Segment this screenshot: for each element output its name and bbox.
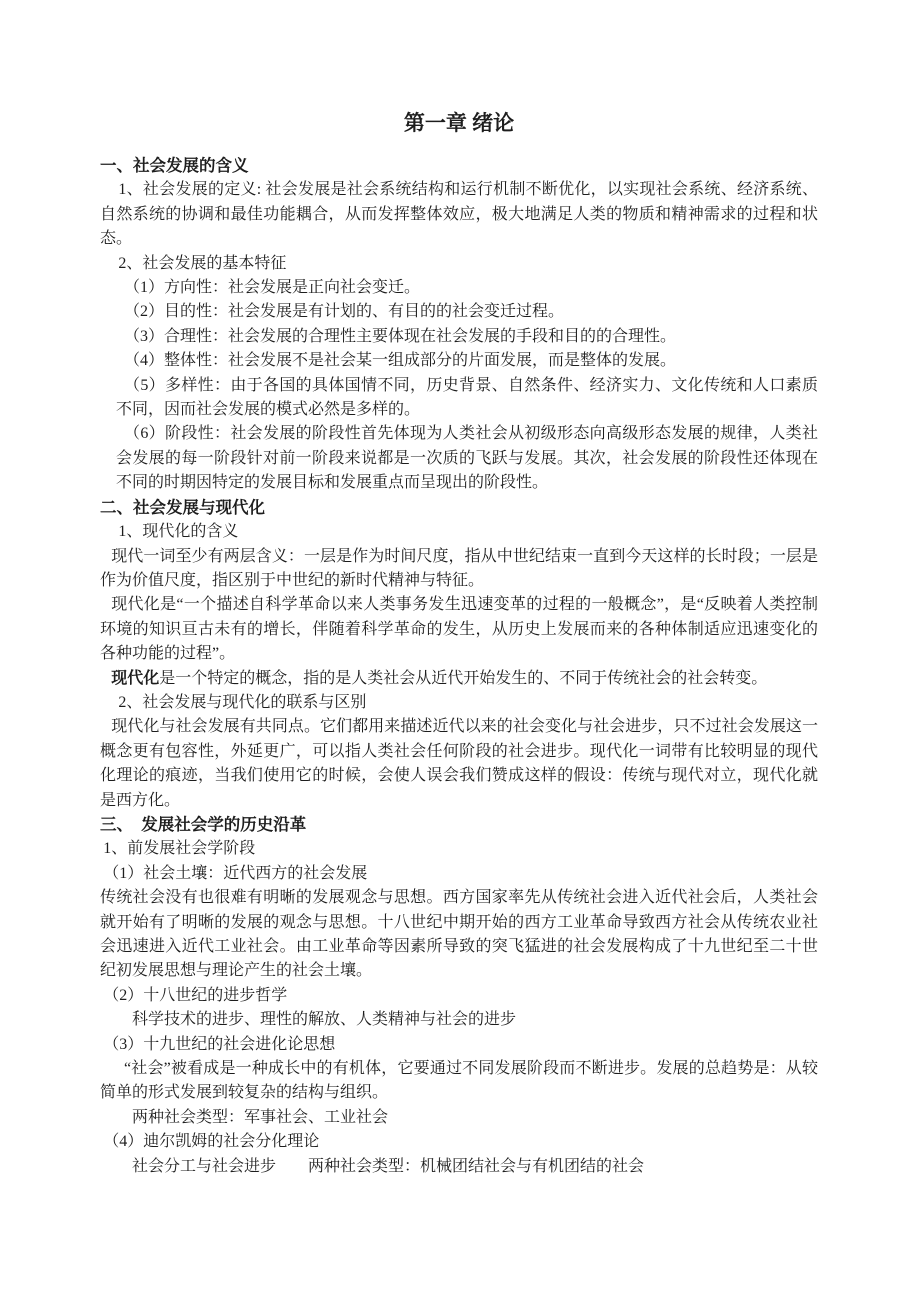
para-feature-wholeness: （4）整体性：社会发展不是社会某一组成部分的片面发展，而是整体的发展。 <box>100 349 818 373</box>
para-modern-two-meanings: 现代一词至少有两层含义：一层是作为时间尺度，指从中世纪结束一直到今天这样的长时段… <box>100 545 818 594</box>
para-durkheim: （4）迪尔凯姆的社会分化理论 <box>100 1130 818 1154</box>
para-progress-philosophy-sub: 科学技术的进步、理性的解放、人类精神与社会的进步 <box>100 1008 818 1032</box>
section-3-heading: 三、 发展社会学的历史沿革 <box>100 813 818 837</box>
para-social-soil: （1）社会土壤：近代西方的社会发展 <box>100 862 818 886</box>
para-modernization-meaning-item: 1、现代化的含义 <box>100 520 818 544</box>
bold-term-modernization: 现代化 <box>111 670 159 687</box>
section-3-history: 三、 发展社会学的历史沿革 1、前发展社会学阶段 （1）社会土壤：近代西方的社会… <box>100 813 818 1179</box>
para-basic-features: 2、社会发展的基本特征 <box>100 252 818 276</box>
para-relation-discussion: 现代化与社会发展有共同点。它们都用来描述近代以来的社会变化与社会进步，只不过社会… <box>100 715 818 813</box>
para-modernization-specific-text: 是一个特定的概念，指的是人类社会从近代开始发生的、不同于传统社会的社会转变。 <box>159 670 767 687</box>
section-2-modernization: 二、社会发展与现代化 1、现代化的含义 现代一词至少有两层含义：一层是作为时间尺… <box>100 496 818 813</box>
chapter-title: 第一章 绪论 <box>100 106 818 140</box>
para-evolution-body: “社会”被看成是一种成长中的有机体，它要通过不同发展阶段而不断进步。发展的总趋势… <box>100 1057 818 1106</box>
para-feature-rationality: （3）合理性：社会发展的合理性主要体现在社会发展的手段和目的的合理性。 <box>100 325 818 349</box>
document-page: 第一章 绪论 一、社会发展的含义 1、社会发展的定义: 社会发展是社会系统结构和… <box>0 0 920 1302</box>
para-progress-philosophy: （2）十八世纪的进步哲学 <box>100 984 818 1008</box>
para-feature-direction: （1）方向性：社会发展是正向社会变迁。 <box>100 276 818 300</box>
para-feature-stages: （6）阶段性：社会发展的阶段性首先体现为人类社会从初级形态向高级形态发展的规律，… <box>100 422 818 495</box>
section-2-heading: 二、社会发展与现代化 <box>100 496 818 520</box>
para-modernization-concept-quote: 现代化是“一个描述自科学革命以来人类事务发生迅速变革的过程的一般概念”，是“反映… <box>100 593 818 666</box>
para-relation-item: 2、社会发展与现代化的联系与区别 <box>100 691 818 715</box>
para-feature-diversity: （5）多样性：由于各国的具体国情不同，历史背景、自然条件、经济实力、文化传统和人… <box>100 374 818 423</box>
para-social-soil-body: 传统社会没有也很难有明晰的发展观念与思想。西方国家率先从传统社会进入近代社会后，… <box>100 886 818 984</box>
para-definition: 1、社会发展的定义: 社会发展是社会系统结构和运行机制不断优化，以实现社会系统、… <box>100 178 818 251</box>
section-1-meaning: 一、社会发展的含义 1、社会发展的定义: 社会发展是社会系统结构和运行机制不断优… <box>100 154 818 496</box>
para-pre-dev-stage: 1、前发展社会学阶段 <box>100 837 818 861</box>
para-feature-purpose: （2）目的性：社会发展是有计划的、有目的的社会变迁过程。 <box>100 300 818 324</box>
para-evolution-thought: （3）十九世纪的社会进化论思想 <box>100 1033 818 1057</box>
para-durkheim-sub: 社会分工与社会进步 两种社会类型：机械团结社会与有机团结的社会 <box>100 1155 818 1179</box>
para-two-society-types: 两种社会类型：军事社会、工业社会 <box>100 1106 818 1130</box>
para-modernization-specific: 现代化是一个特定的概念，指的是人类社会从近代开始发生的、不同于传统社会的社会转变… <box>100 667 818 691</box>
section-1-heading: 一、社会发展的含义 <box>100 154 818 178</box>
